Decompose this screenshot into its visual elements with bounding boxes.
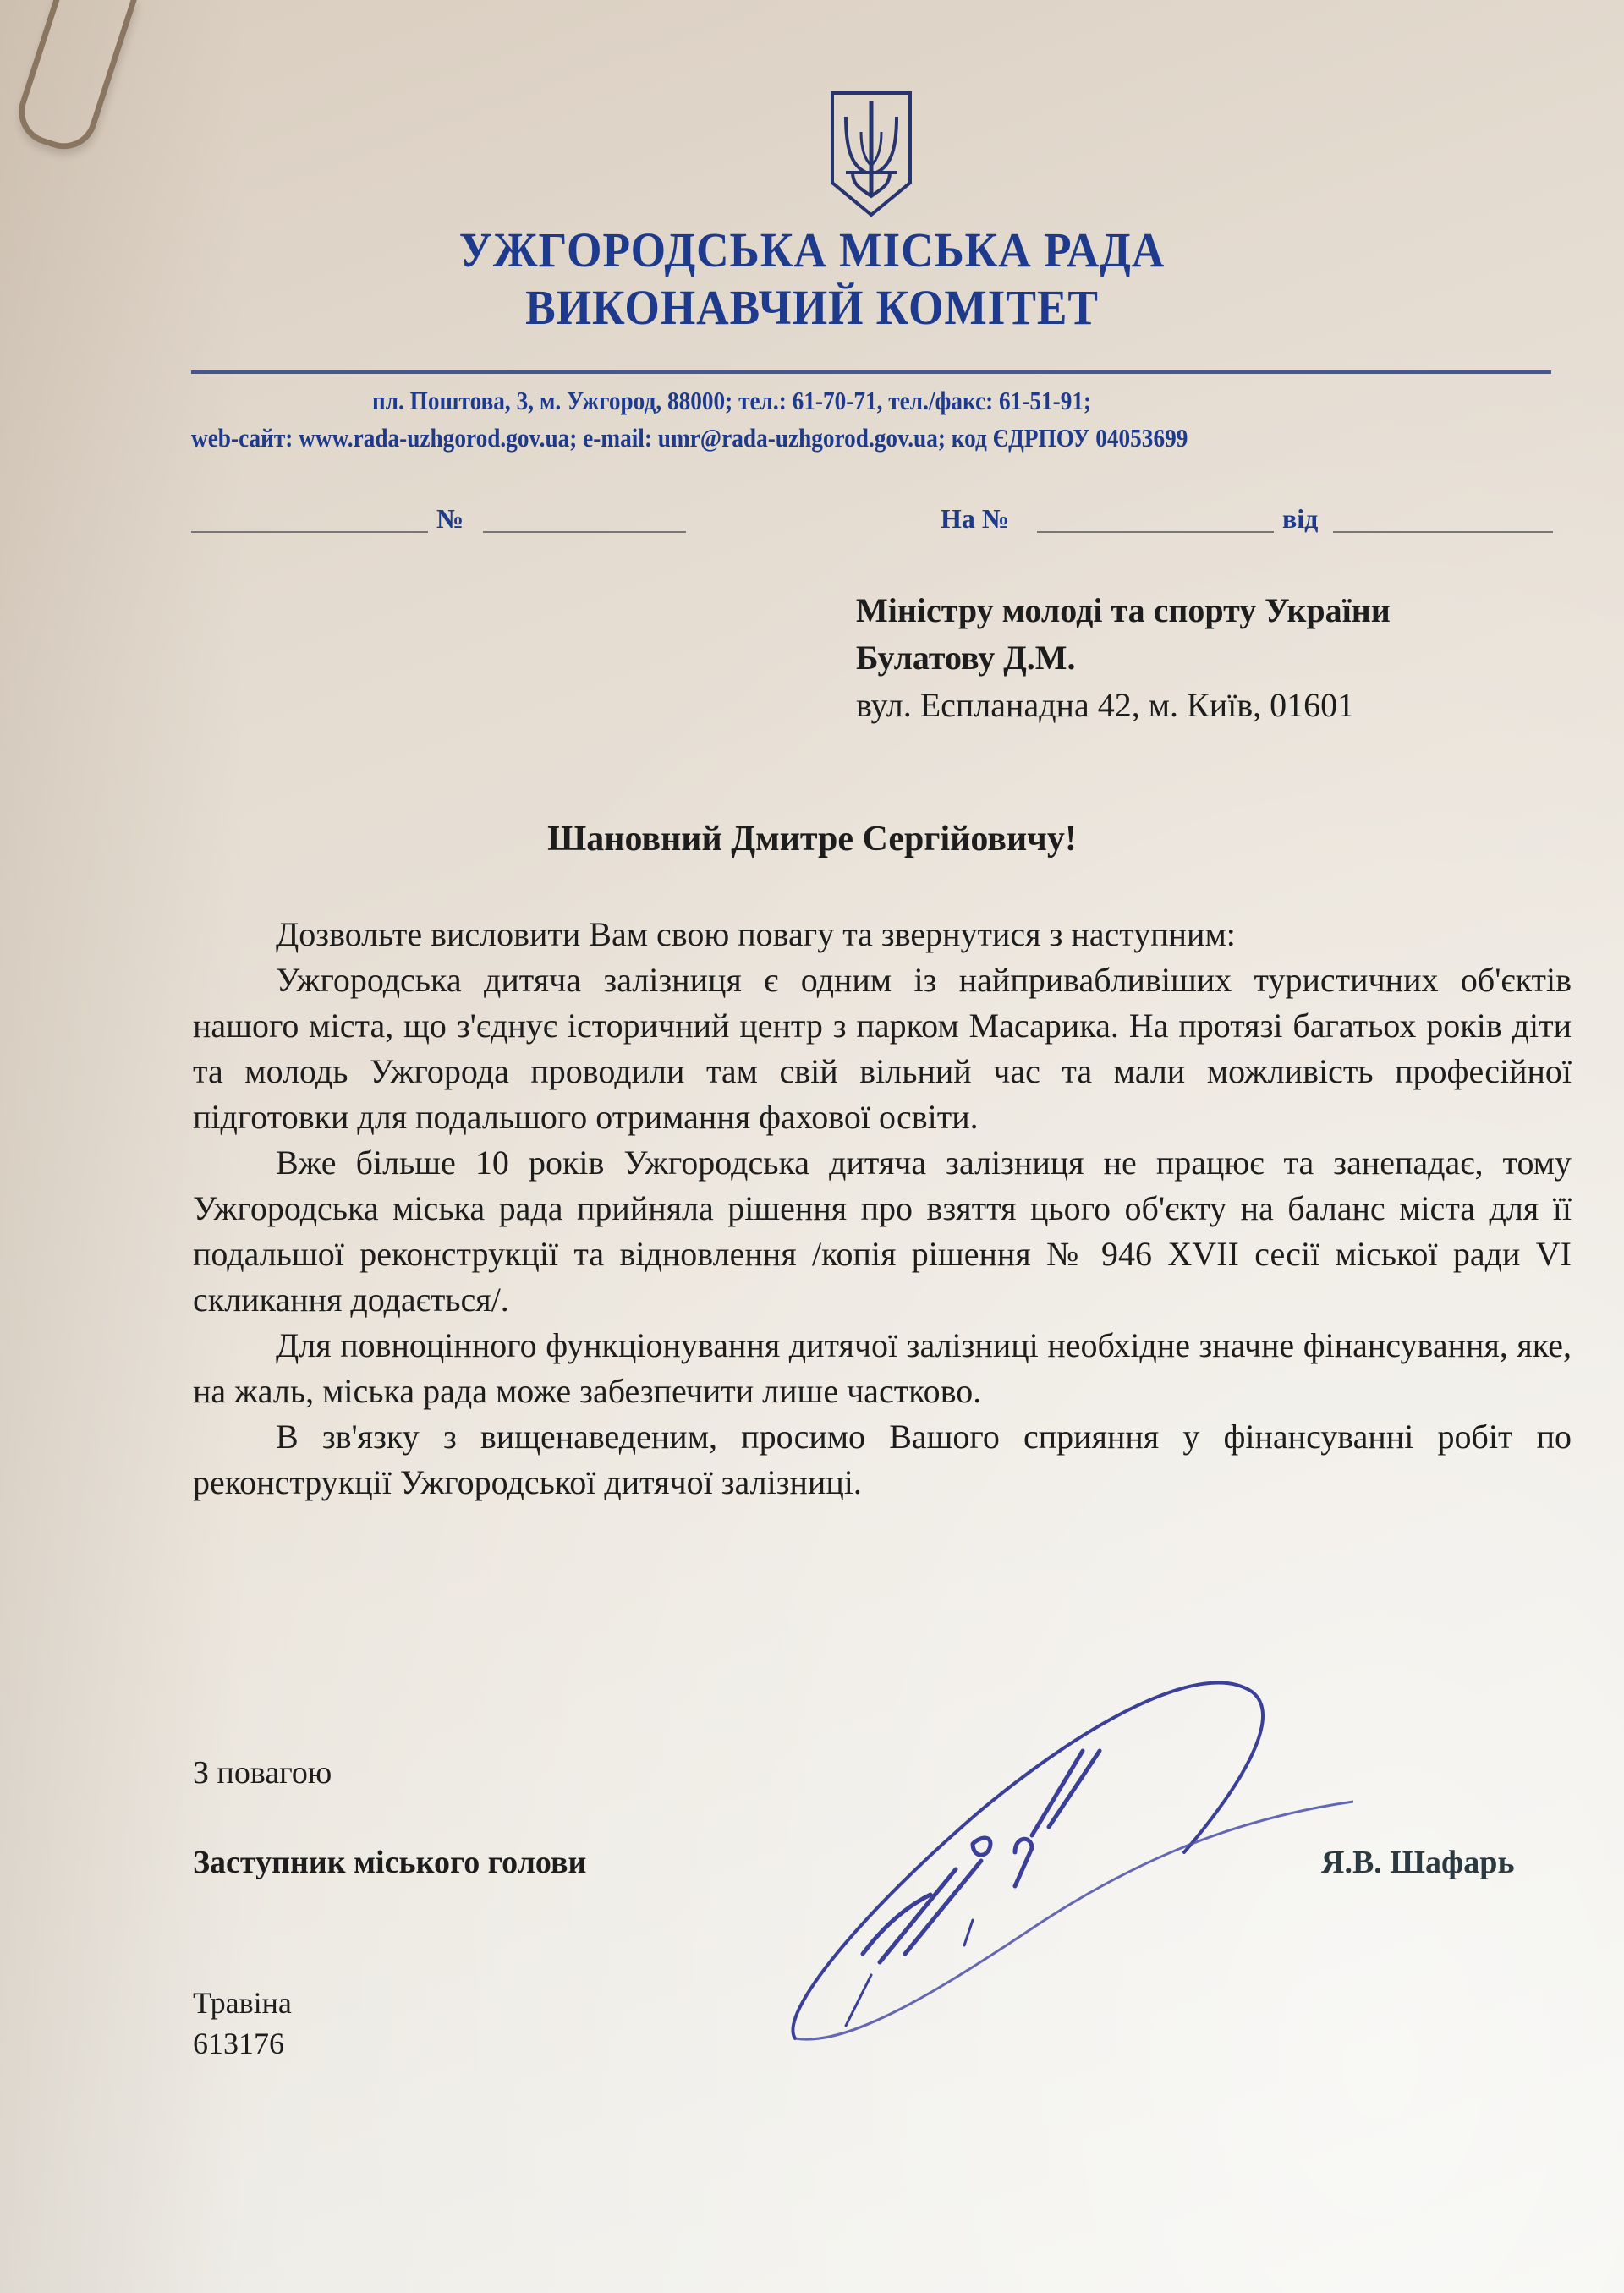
reply-date-blank	[1333, 531, 1553, 533]
addressee-title: Міністру молоді та спорту України	[856, 587, 1391, 634]
body-paragraph: Вже більше 10 років Ужгородська дитяча з…	[193, 1140, 1572, 1323]
contact-web-email: web-сайт: www.rada-uzhgorod.gov.ua; e-ma…	[191, 423, 1188, 453]
in-reply-label: На №	[941, 503, 1009, 535]
body-paragraph: В зв'язку з вищенаведеним, просимо Вашог…	[193, 1414, 1572, 1506]
ukraine-trident-icon	[827, 88, 915, 220]
date-label: від	[1282, 503, 1318, 535]
letter-body: Дозвольте висловити Вам свою повагу та з…	[193, 912, 1572, 1506]
executor-name: Травіна	[193, 1983, 292, 2023]
addressee-address: вул. Еспланадна 42, м. Київ, 01601	[856, 682, 1391, 729]
number-label: №	[436, 503, 464, 535]
contact-address-phone: пл. Поштова, 3, м. Ужгород, 88000; тел.:…	[372, 386, 1091, 416]
salutation: Шановний Дмитре Сергійовичу!	[0, 819, 1624, 859]
signer-position: Заступник міського голови	[193, 1844, 586, 1881]
body-paragraph: Дозвольте висловити Вам свою повагу та з…	[193, 912, 1572, 957]
letterhead-divider	[191, 370, 1551, 374]
addressee-name: Булатову Д.М.	[856, 634, 1391, 682]
closing-regards: З повагою	[193, 1754, 332, 1791]
outgoing-number-blank	[483, 531, 686, 533]
body-paragraph: Ужгородська дитяча залізниця є одним із …	[193, 957, 1572, 1140]
handwritten-signature-icon	[761, 1641, 1353, 2064]
executor-block: Травіна 613176	[193, 1983, 292, 2064]
outgoing-date-blank	[191, 531, 428, 533]
org-title: УЖГОРОДСЬКА МІСЬКА РАДА	[65, 222, 1559, 278]
addressee-block: Міністру молоді та спорту України Булато…	[856, 587, 1391, 729]
org-subtitle: ВИКОНАВЧИЙ КОМІТЕТ	[65, 279, 1559, 336]
paperclip-icon	[10, 0, 137, 158]
reference-row: № На № від	[191, 497, 1551, 540]
reply-number-blank	[1037, 531, 1274, 533]
body-paragraph: Для повноцінного функціонування дитячої …	[193, 1323, 1572, 1414]
executor-phone: 613176	[193, 2023, 292, 2064]
